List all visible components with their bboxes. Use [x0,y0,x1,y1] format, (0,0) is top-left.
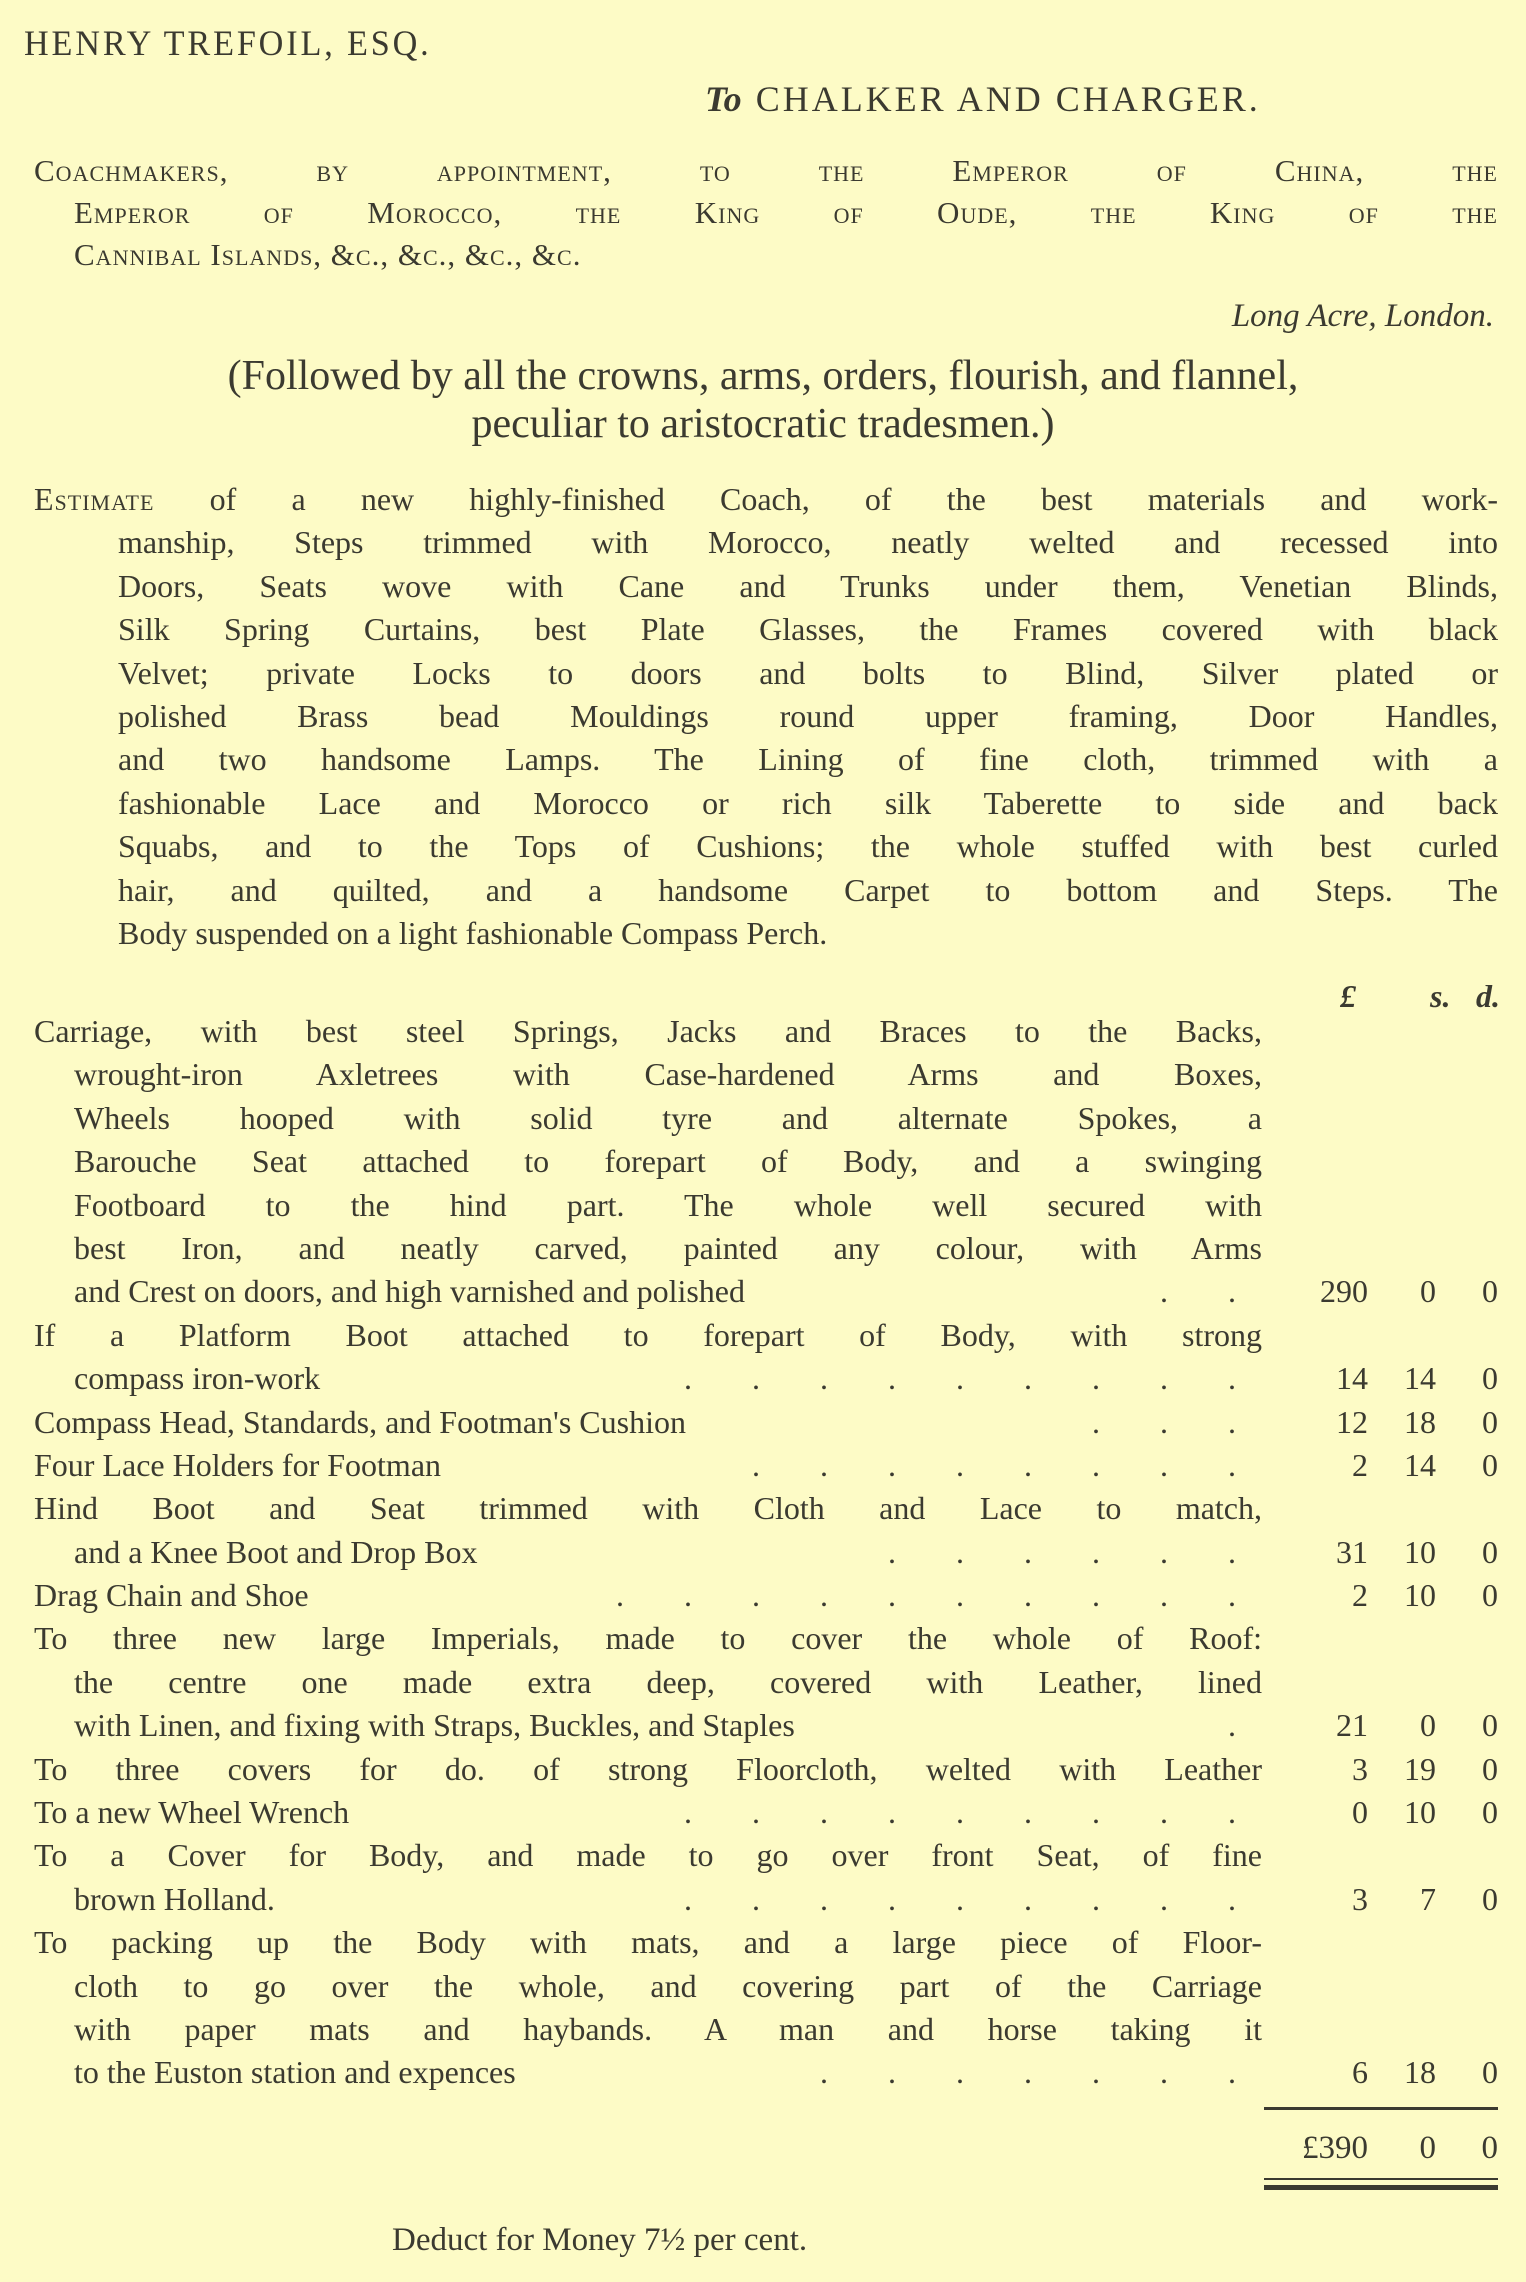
aside-line: peculiar to aristocratic tradesmen.) [30,400,1496,448]
dot-leader: . . [1160,1270,1262,1313]
estimate-first-line: Estimate of a new highly-finished Coach,… [34,478,1498,521]
amount-pence: 0 [1458,1791,1498,1834]
amount-pence: 0 [1458,1401,1498,1444]
amount-shillings: 7 [1386,1878,1436,1921]
estimate-line: Body suspended on a light fashionable Co… [34,912,1498,955]
amount-pounds: 2 [1278,1574,1368,1617]
amount-pence: 0 [1458,1444,1498,1487]
royal-appointment: Coachmakers, by appointment, to the Empe… [34,150,1498,276]
line-item: To three covers for do. of strong Floorc… [34,1748,1498,1791]
appointment-line: Cannibal Islands, &c., &c., &c., &c. [34,234,1498,276]
amount-pounds: 31 [1278,1531,1368,1574]
dot-leader: . . . . . . . [820,2051,1262,2094]
line-item: Compass Head, Standards, and Footman's C… [34,1401,1498,1444]
line-item: To a Cover for Body, and made to go over… [34,1834,1498,1921]
invoice-page: HENRY TREFOIL, ESQ. ToCHALKER AND CHARGE… [0,0,1526,2282]
estimate-line: hair, and quilted, and a handsome Carpet… [34,869,1498,912]
creditor-name: CHALKER AND CHARGER. [756,79,1261,119]
dot-leader: . . . . . . . . . . [616,1574,1262,1617]
subtotal-rule [1264,2107,1498,2110]
amount-pence: 0 [1458,1878,1498,1921]
amount-shillings: 18 [1386,2051,1436,2094]
estimate-line: manship, Steps trimmed with Morocco, nea… [34,521,1498,564]
amount-shillings: 14 [1386,1357,1436,1400]
amount-shillings: 10 [1386,1574,1436,1617]
to-prefix: To [705,79,742,119]
line-item: If a Platform Boot attached to forepart … [34,1314,1498,1401]
amount-shillings: 10 [1386,1531,1436,1574]
amount-pence: 0 [1458,1748,1498,1791]
total-double-rule [1264,2178,1498,2180]
estimate-lead: Estimate [34,481,154,517]
estimate-line: fashionable Lace and Morocco or rich sil… [34,782,1498,825]
aside-line: (Followed by all the crowns, arms, order… [30,352,1496,400]
dot-leader: . . . . . . . . . [684,1878,1262,1921]
total-pence: 0 [1458,2126,1498,2170]
location: Long Acre, London. [1232,298,1494,335]
estimate-line: Squabs, and to the Tops of Cushions; the… [34,825,1498,868]
amount-pence: 0 [1458,1574,1498,1617]
amount-shillings: 0 [1386,1270,1436,1313]
amount-pounds: 6 [1278,2051,1368,2094]
estimate-line: and two handsome Lamps. The Lining of fi… [34,738,1498,781]
line-item: Carriage, with best steel Springs, Jacks… [34,1010,1498,1314]
amount-pounds: 3 [1278,1748,1368,1791]
amount-shillings: 18 [1386,1401,1436,1444]
addressee: HENRY TREFOIL, ESQ. [24,22,432,64]
amount-pounds: 12 [1278,1401,1368,1444]
dot-leader: . . . . . . . . . [684,1357,1262,1400]
dot-leader: . . . . . . . . . [684,1791,1262,1834]
line-item: Drag Chain and Shoe . . . . . . . . . . … [34,1574,1498,1617]
estimate-paragraph: Estimate of a new highly-finished Coach,… [34,478,1498,955]
amount-pence: 0 [1458,2051,1498,2094]
amount-pounds: 21 [1278,1704,1368,1747]
appointment-line: Coachmakers, by appointment, to the Empe… [34,150,1498,192]
aside-note: (Followed by all the crowns, arms, order… [30,352,1496,448]
line-items: Carriage, with best steel Springs, Jacks… [34,1010,1498,2095]
appointment-line: Emperor of Morocco, the King of Oude, th… [34,192,1498,234]
amount-pounds: 290 [1278,1270,1368,1313]
line-item: To a new Wheel Wrench . . . . . . . . . … [34,1791,1498,1834]
amount-pence: 0 [1458,1270,1498,1313]
amount-pounds: 3 [1278,1878,1368,1921]
line-item: Hind Boot and Seat trimmed with Cloth an… [34,1487,1498,1574]
amount-pounds: 2 [1278,1444,1368,1487]
dot-leader: . . . [1092,1401,1262,1444]
line-item: To three new large Imperials, made to co… [34,1617,1498,1747]
amount-pence: 0 [1458,1357,1498,1400]
line-item: To packing up the Body with mats, and a … [34,1921,1498,2095]
grand-total: £390 0 0 [1264,2126,1498,2170]
creditor-line: ToCHALKER AND CHARGER. [705,78,1261,120]
deduct-note: Deduct for Money 7½ per cent. [392,2222,807,2259]
line-item: Four Lace Holders for Footman . . . . . … [34,1444,1498,1487]
estimate-line: Velvet; private Locks to doors and bolts… [34,652,1498,695]
estimate-line: Doors, Seats wove with Cane and Trunks u… [34,565,1498,608]
total-pounds: £390 [1258,2126,1368,2170]
amount-shillings: 0 [1386,1704,1436,1747]
estimate-line: polished Brass bead Mouldings round uppe… [34,695,1498,738]
amount-shillings: 10 [1386,1791,1436,1834]
estimate-line: Silk Spring Curtains, best Plate Glasses… [34,608,1498,651]
dot-leader: . . . . . . [888,1531,1262,1574]
amount-shillings: 14 [1386,1444,1436,1487]
total-shillings: 0 [1386,2126,1436,2170]
amount-pounds: 0 [1278,1791,1368,1834]
amount-pence: 0 [1458,1531,1498,1574]
total-double-rule [1264,2185,1498,2190]
dot-leader: . . . . . . . . [752,1444,1262,1487]
amount-pounds: 14 [1278,1357,1368,1400]
dot-leader: . [1228,1704,1262,1747]
amount-shillings: 19 [1386,1748,1436,1791]
amount-pence: 0 [1458,1704,1498,1747]
